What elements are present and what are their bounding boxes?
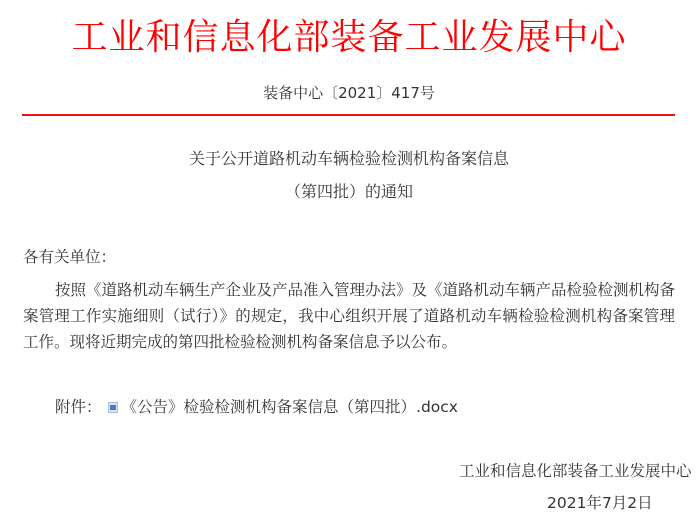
salutation: 各有关单位： — [23, 246, 116, 268]
issuer-signature: 工业和信息化部装备工业发展中心 — [459, 460, 692, 482]
attachment-label: 附件： — [55, 396, 102, 418]
red-divider-line — [22, 114, 675, 116]
word-document-icon — [108, 402, 118, 413]
notice-heading-line-1: 关于公开道路机动车辆检验检测机构备案信息 — [0, 148, 698, 170]
notice-heading-line-2: （第四批）的通知 — [0, 181, 698, 203]
attachment-file-link[interactable]: 《公告》检验检测机构备案信息（第四批）.docx — [122, 396, 458, 418]
body-paragraph: 按照《道路机动车辆生产企业及产品准入管理办法》及《道路机动车辆产品检验检测机构备… — [23, 277, 675, 355]
organization-title: 工业和信息化部装备工业发展中心 — [0, 14, 698, 62]
document-number: 装备中心〔2021〕417号 — [0, 82, 698, 104]
issue-date: 2021年7月2日 — [547, 492, 653, 514]
attachment-row: 附件： 《公告》检验检测机构备案信息（第四批）.docx — [55, 396, 458, 418]
